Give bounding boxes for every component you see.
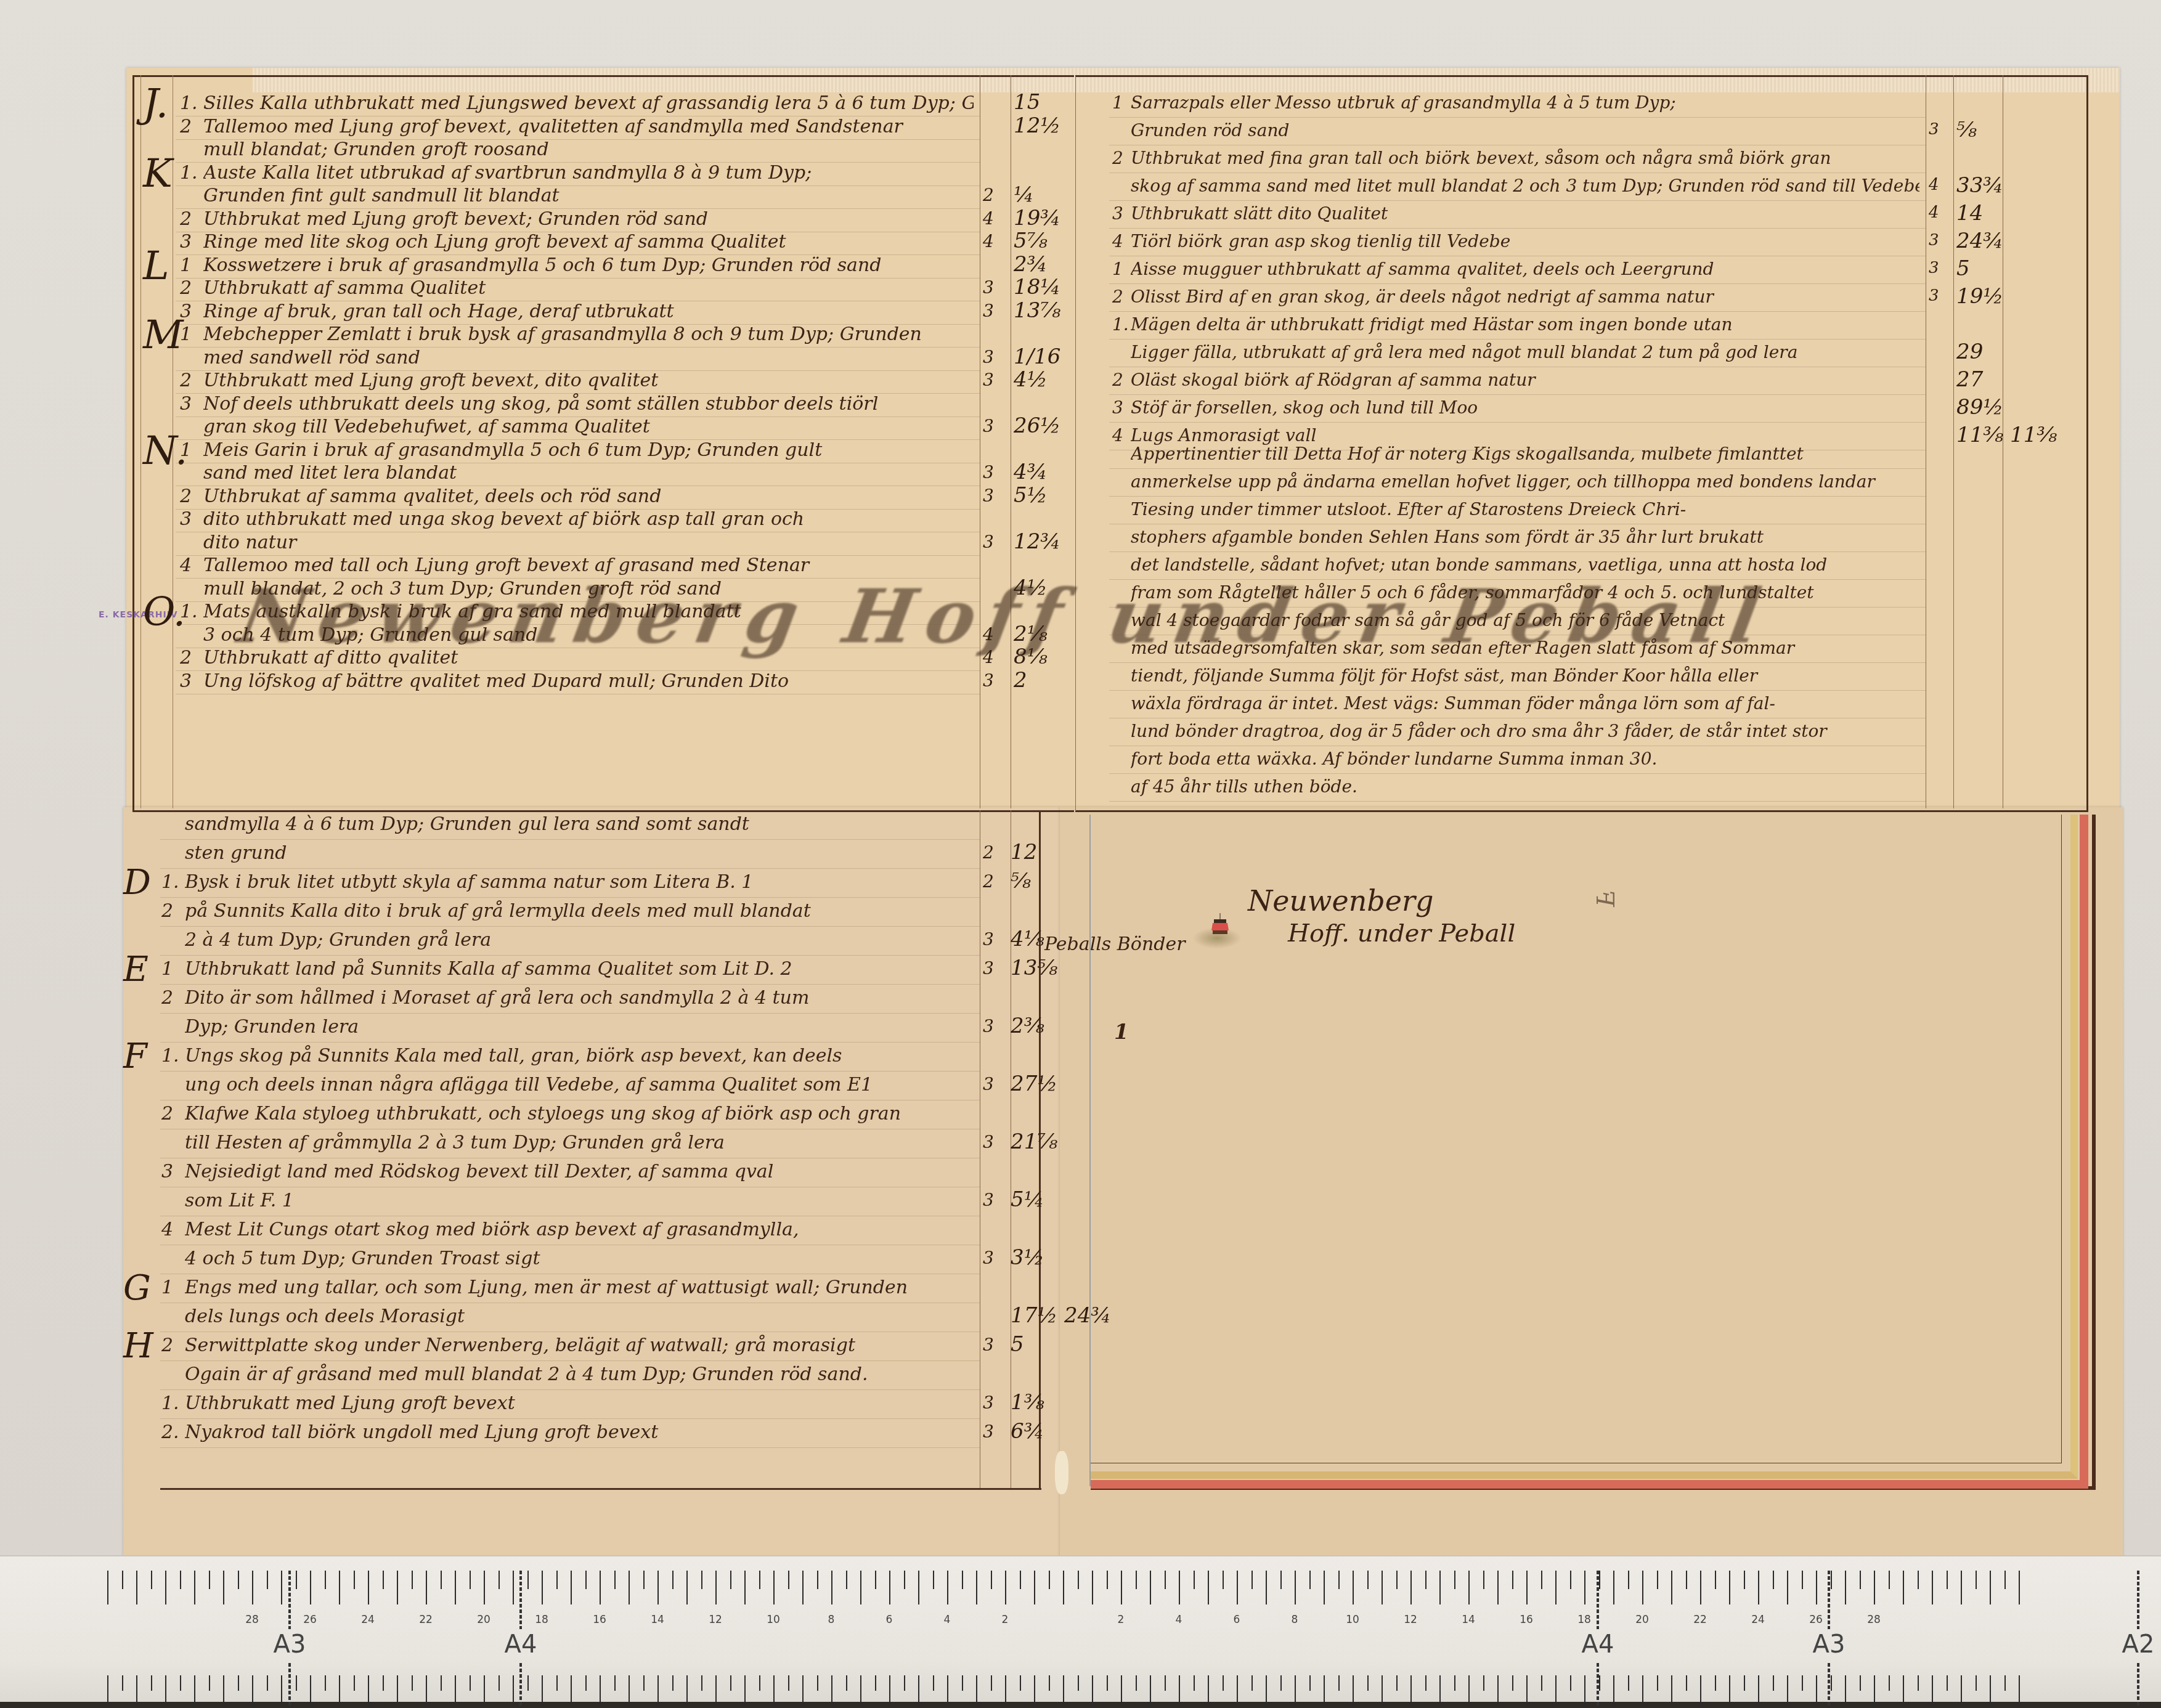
ruler-tick (1932, 1675, 1933, 1706)
ruler-tick (412, 1675, 413, 1691)
ruled-line (1109, 283, 1926, 284)
appurtenance-text-line: tiendt, följande Summa följt för Hofst s… (1131, 665, 1923, 686)
ruler-tick (802, 1571, 804, 1604)
ruler-tick (1541, 1675, 1542, 1691)
ruler-cm-label: 28 (1867, 1614, 1881, 1626)
row-description: Uthbrukatt med Ljung groft bevext, dito … (203, 370, 974, 391)
ruler-tick (686, 1571, 688, 1604)
row-description: Mest Lit Cungs otart skog med biörk asp … (185, 1219, 974, 1240)
ruler-tick (947, 1675, 948, 1706)
ruler-tick (1715, 1571, 1716, 1589)
scanner-edge (0, 1702, 2161, 1708)
paper-size-marker-line (1828, 1663, 1830, 1706)
ruled-line (160, 1418, 980, 1419)
ruler-tick (136, 1571, 137, 1604)
estate-name-label: Neuwenberg (1248, 884, 1433, 917)
ruler-tick (1845, 1675, 1846, 1706)
row-number: 2 (180, 208, 192, 230)
ruler-tick (1063, 1675, 1064, 1706)
section-letter: K (143, 151, 173, 197)
row-number: 2 (1112, 287, 1123, 307)
ruler-tick (1816, 1675, 1817, 1706)
row-description: Auste Kalla litet utbrukad af svartbrun … (203, 162, 974, 184)
row-number: 1. (161, 1045, 179, 1067)
ruler-cm-label: 28 (245, 1614, 259, 1626)
ruled-line (160, 839, 980, 840)
ruler-tick (831, 1571, 832, 1604)
appurtenance-text-line: fort boda etta wäxka. Af bönder lundarne… (1131, 749, 1923, 769)
paper-size-marker-line (288, 1571, 291, 1629)
row-description: 2 à 4 tum Dyp; Grunden grå lera (185, 929, 974, 951)
row-description: Mats austkalln bysk i bruk af gra sand m… (203, 601, 974, 622)
ruler-tick (571, 1675, 572, 1706)
row-area-value: 27 (1956, 367, 1983, 392)
ruler-tick (1223, 1675, 1224, 1691)
ruler-tick (1439, 1675, 1441, 1706)
appurtenance-text-line: fram som Rågtellet håller 5 och 6 fåder,… (1131, 582, 1923, 603)
ruler-tick (1816, 1571, 1817, 1604)
ruler-tick (1223, 1571, 1224, 1589)
ruler-cm-label: 26 (1809, 1614, 1823, 1626)
ruler-tick (904, 1675, 905, 1691)
ruler-tick (2004, 1571, 2006, 1589)
row-area-value: 14 (1956, 201, 1983, 226)
row-description: Uthbrukatt land på Sunnits Kalla af samm… (185, 958, 974, 980)
ruler-tick (209, 1571, 210, 1589)
appurtenance-text-line: af 45 åhr tills uthen böde. (1131, 776, 1923, 797)
appurtenance-text-line: med utsädegrsomfalten skar, som sedan ef… (1131, 638, 1923, 658)
ruler-tick (846, 1571, 847, 1589)
row-quality-class: 4 (983, 624, 994, 645)
ruler-tick (701, 1675, 702, 1691)
row-description: Grunden fint gult sandmull lit blandat (203, 185, 974, 206)
row-description: Ungs skog på Sunnits Kala med tall, gran… (185, 1045, 974, 1067)
ruler-cm-label: 10 (767, 1614, 780, 1626)
row-description: med sandwell röd sand (203, 347, 974, 368)
ruler-tick (513, 1675, 514, 1706)
ruler-tick (860, 1675, 861, 1706)
margin-rule (140, 75, 141, 808)
ruler-tick (701, 1571, 702, 1589)
ruler-tick (1092, 1675, 1093, 1706)
row-quality-class: 3 (983, 929, 994, 950)
ruler-cm-label: 14 (1462, 1614, 1475, 1626)
ruler-tick (889, 1675, 890, 1706)
ruler-tick (238, 1675, 239, 1691)
ruled-line (160, 1303, 980, 1303)
ruled-line (160, 1042, 980, 1043)
row-quality-class: 3 (983, 1016, 994, 1036)
row-number: 1 (161, 958, 173, 980)
row-number: 1. (180, 601, 198, 622)
ruler-tick (354, 1571, 355, 1589)
appurtenance-text-line: Tiesing under timmer utsloot. Efter af S… (1131, 499, 1923, 519)
ruler-tick (426, 1571, 427, 1604)
ruled-line (160, 868, 980, 869)
ruler-tick (1165, 1675, 1166, 1691)
column-rule (1926, 75, 1926, 808)
ruler-tick (1628, 1571, 1629, 1589)
ruled-line (1109, 394, 1926, 395)
ruler-tick (1439, 1571, 1441, 1604)
ruler-tick (1468, 1571, 1470, 1604)
ruler-tick (383, 1675, 384, 1691)
section-letter: E (123, 950, 149, 990)
ruler-tick (1874, 1571, 1875, 1604)
ruler-tick (122, 1675, 123, 1691)
row-number: 2 (180, 647, 192, 669)
ruler-tick (1208, 1571, 1209, 1604)
row-description: Ogain är af gråsand med mull blandat 2 à… (185, 1364, 974, 1385)
ruler-tick (962, 1571, 963, 1589)
row-number: 2 (161, 987, 173, 1009)
ruler-tick (1165, 1571, 1166, 1589)
ruler-tick (296, 1571, 297, 1589)
paper-size-label: A4 (505, 1630, 537, 1659)
ruler-tick (1700, 1675, 1701, 1706)
ruler-tick (368, 1571, 369, 1604)
ruler-tick (1208, 1675, 1209, 1706)
row-description: Bysk i bruk litet utbytt skyla af samma … (185, 871, 974, 893)
row-number: 2 (180, 486, 192, 507)
row-area-value: 26½ (1014, 413, 1060, 438)
ruler-tick (1976, 1675, 1977, 1691)
row-number: 3 (180, 670, 192, 692)
row-description: sandmylla 4 à 6 tum Dyp; Grunden gul ler… (185, 813, 974, 835)
row-number: 1 (180, 254, 192, 276)
row-description: Uthbrukatt slätt dito Qualitet (1131, 203, 1919, 224)
row-description: sand med litet lera blandat (203, 462, 974, 484)
row-description: Sarrazpals eller Messo utbruk af grasand… (1131, 92, 1919, 113)
ruler-tick (325, 1571, 326, 1589)
ruled-line (160, 1187, 980, 1187)
row-number: 2 (1112, 148, 1123, 168)
ruler-tick (1237, 1571, 1238, 1604)
paper-size-label: A3 (274, 1630, 306, 1659)
ruler-tick (1671, 1675, 1672, 1706)
ruler-cm-label: 8 (1292, 1614, 1298, 1626)
ruled-line (1109, 635, 1926, 635)
row-area-value: 21⅞ (1011, 1129, 1057, 1154)
ruler-tick (2019, 1675, 2020, 1706)
ruler-tick (180, 1571, 181, 1589)
ruled-line (1109, 173, 1926, 173)
ruled-line (160, 1389, 980, 1390)
ruler-tick (1483, 1675, 1484, 1691)
ruler-tick (1541, 1571, 1542, 1589)
ruler-tick (1353, 1571, 1354, 1604)
column-rule (1011, 75, 1011, 808)
ruled-line (160, 1013, 980, 1014)
ruler-tick (846, 1675, 847, 1691)
ruler-tick (1338, 1675, 1340, 1691)
row-description: Engs med ung tallar, och som Ljung, men … (185, 1277, 974, 1298)
row-description: dito uthbrukatt med unga skog bevext af … (203, 508, 974, 530)
boundary-label: Peballs Bönder (1044, 933, 1186, 955)
row-area-value: 17½ 24¾ (1011, 1303, 1111, 1328)
ruler-cm-label: 26 (303, 1614, 317, 1626)
ruler-tick (223, 1675, 224, 1706)
row-number: 1. (161, 871, 179, 893)
ruler-tick (1744, 1675, 1745, 1691)
section-letter: O. (143, 590, 185, 635)
row-description: dito natur (203, 532, 974, 553)
ruler-cm-label: 24 (361, 1614, 375, 1626)
ruler-tick (991, 1571, 992, 1589)
ruler-tick (1237, 1675, 1238, 1706)
ruler-tick (933, 1571, 934, 1589)
row-description: Kosswetzere i bruk af grasandmylla 5 och… (203, 254, 974, 276)
ruler-tick (1136, 1675, 1137, 1691)
ruler-tick (1194, 1675, 1195, 1691)
ruler-tick (1642, 1675, 1643, 1706)
ruler-tick (1657, 1675, 1658, 1691)
ruler-tick (238, 1571, 239, 1589)
ruler-tick (1686, 1675, 1687, 1691)
row-quality-class: 2 (983, 842, 994, 863)
ruler-cm-label: 20 (477, 1614, 490, 1626)
ruler-tick (875, 1571, 876, 1589)
ruler-tick (2004, 1675, 2006, 1691)
row-number: 2 (161, 1335, 173, 1356)
ruler-tick (773, 1675, 775, 1706)
ruler-tick (600, 1571, 601, 1604)
ruler-tick (1107, 1571, 1108, 1589)
row-description: dels lungs och deels Morasigt (185, 1306, 974, 1327)
row-description: Ringe med lite skog och Ljung groft beve… (203, 231, 974, 253)
ruler-tick (1961, 1571, 1962, 1604)
ruled-line (1109, 773, 1926, 774)
section-letter: F (123, 1036, 147, 1076)
ruler-tick (281, 1675, 282, 1706)
ruler-tick (223, 1571, 224, 1604)
ruler-tick (1034, 1571, 1035, 1604)
row-description: sten grund (185, 842, 974, 864)
ruler-cm-label: 16 (593, 1614, 606, 1626)
row-area-value: 4½ (1014, 575, 1048, 600)
ruled-line (1109, 311, 1926, 312)
ruler-cm-label: 10 (1346, 1614, 1359, 1626)
ruler-tick (1295, 1571, 1296, 1604)
row-area-value: 1/16 (1014, 344, 1060, 369)
map-frame-inner (1091, 815, 2062, 1463)
ruler-tick (1961, 1675, 1962, 1706)
row-description: Uthbrukatt af ditto qvalitet (203, 647, 974, 669)
ruler-tick (657, 1571, 659, 1604)
ruled-line (160, 984, 980, 985)
ruled-line (1109, 367, 1926, 367)
ruler-tick (194, 1571, 195, 1604)
ruler-tick (556, 1571, 558, 1589)
ruler-tick (933, 1675, 934, 1691)
paper-size-marker-line (288, 1663, 291, 1706)
ruler-tick (1266, 1571, 1267, 1604)
ruler-tick (860, 1571, 861, 1604)
ruler-tick (1526, 1571, 1528, 1604)
row-description: 3 och 4 tum Dyp; Grunden gul sand (203, 624, 974, 646)
ruler-tick (715, 1571, 717, 1604)
row-number: 2 (180, 370, 192, 391)
row-area-value: 1⅜ (1011, 1390, 1044, 1415)
ruler-tick (1729, 1675, 1730, 1706)
row-description: Serwittplatte skog under Nerwenberg, bel… (185, 1335, 974, 1356)
row-quality-class: 3 (983, 670, 994, 691)
row-area-value: 5½ (1014, 483, 1048, 508)
ruler-tick (1976, 1571, 1977, 1589)
ruled-line (1109, 117, 1926, 118)
column-rule (980, 75, 980, 808)
ruler-tick (1092, 1571, 1093, 1604)
row-area-value: 33¾ (1956, 173, 2003, 198)
ruler-tick (1642, 1571, 1643, 1604)
ruler-tick (1990, 1571, 1991, 1604)
ruler-tick (441, 1571, 442, 1589)
paper-size-marker-line (519, 1571, 522, 1629)
ruler-tick (1918, 1675, 1919, 1691)
ruler-tick (1367, 1571, 1369, 1589)
ruled-line (1109, 801, 1926, 802)
ruled-line (160, 1071, 980, 1072)
row-number: 1 (180, 439, 192, 461)
appurtenance-text-line: wal 4 stoegaardar fodrar sam så går god … (1131, 610, 1923, 630)
row-number: 3 (1112, 203, 1123, 224)
ruled-line (1109, 690, 1926, 691)
ruler-tick (1078, 1571, 1079, 1589)
row-quality-class: 3 (983, 1421, 994, 1442)
row-number: 2 (161, 1103, 173, 1124)
row-area-value: 15 (1014, 90, 1040, 115)
ruler-tick (1150, 1571, 1151, 1604)
ruled-line (1109, 746, 1926, 746)
ruler-cm-label: 4 (944, 1614, 951, 1626)
ruler-tick (1280, 1675, 1282, 1691)
ruler-tick (1613, 1675, 1614, 1706)
ruler-tick (1555, 1571, 1557, 1604)
row-number: 3 (161, 1161, 173, 1182)
ruled-line (1109, 468, 1926, 469)
ruler-tick (1136, 1571, 1137, 1589)
row-area-value: 13⅞ (1014, 298, 1060, 323)
row-number: 2 (180, 277, 192, 299)
ruler-tick (614, 1675, 616, 1691)
ruler-tick (122, 1571, 123, 1589)
ruled-line (160, 955, 980, 956)
ruled-line (160, 926, 980, 927)
ruler-tick (1787, 1675, 1788, 1706)
ruler-tick (1150, 1675, 1151, 1706)
ruler-tick (1773, 1675, 1774, 1691)
ruler-tick (209, 1675, 210, 1691)
row-area-value: 2¾ (1014, 252, 1048, 277)
row-quality-class: 3 (983, 1393, 994, 1413)
ruler-tick (1020, 1571, 1021, 1589)
row-number: 4 (161, 1219, 173, 1240)
section-letter: J. (143, 81, 168, 127)
ruler-tick (817, 1571, 818, 1589)
ruler-tick (180, 1675, 181, 1691)
ruler-tick (368, 1675, 369, 1706)
row-area-value: 89½ (1956, 395, 2003, 420)
row-number: 4 (180, 555, 192, 576)
ruler-tick (643, 1675, 645, 1691)
ruler-tick (383, 1571, 384, 1589)
row-number: 3 (180, 393, 192, 415)
row-area-value: 5⅞ (1014, 229, 1048, 253)
row-description: Grunden röd sand (1131, 120, 1919, 140)
ruler-tick (1425, 1571, 1426, 1589)
row-description: Ligger fälla, utbrukatt af grå lera med … (1131, 342, 1919, 362)
ruler-tick (281, 1571, 282, 1604)
row-description: Klafwe Kala styloeg uthbrukatt, och styl… (185, 1103, 974, 1124)
row-area-value: 4½ (1014, 367, 1048, 392)
paper-size-label: A4 (1582, 1630, 1614, 1659)
row-number: 2 (180, 116, 192, 137)
ruler-cm-label: 2 (1002, 1614, 1009, 1626)
ruler-tick (889, 1571, 890, 1604)
ruler-tick (1005, 1571, 1006, 1604)
ruler-tick (976, 1571, 977, 1604)
row-description: Uthbrukatt af samma Qualitet (203, 277, 974, 299)
ruler-tick (325, 1675, 326, 1691)
ruler-tick (397, 1571, 398, 1604)
ruler-tick (875, 1675, 876, 1691)
ruler-tick (499, 1571, 500, 1589)
row-area-value: 13⅝ (1011, 956, 1057, 980)
ruled-line (160, 1274, 980, 1274)
row-quality-class: 3 (983, 1190, 994, 1210)
ruler-tick (339, 1675, 340, 1706)
row-area-value: ⅝ (1956, 118, 1977, 142)
ruler-tick (585, 1675, 587, 1691)
ruler-tick (1078, 1675, 1079, 1691)
ruler-tick (1570, 1571, 1571, 1589)
ruled-line (1109, 422, 1926, 423)
row-description: Dyp; Grunden lera (185, 1016, 974, 1038)
ruler-tick (165, 1571, 166, 1604)
appurtenance-text-line: anmerkelse upp på ändarna emellan hofvet… (1131, 471, 1923, 492)
row-description: som Lit F. 1 (185, 1190, 974, 1211)
ruler-tick (310, 1675, 311, 1706)
ruler-tick (962, 1675, 963, 1691)
row-description: Uthbrukat med Ljung groft bevext; Grunde… (203, 208, 974, 230)
ruler-tick (1555, 1675, 1557, 1706)
ruler-cm-label: 6 (886, 1614, 893, 1626)
ruler-tick (354, 1675, 355, 1691)
ruler-tick (426, 1675, 427, 1706)
ruler-tick (831, 1675, 832, 1706)
ruler-tick (1382, 1571, 1383, 1604)
ruler-tick (1367, 1675, 1369, 1691)
row-area-value: 2⅛ (1014, 622, 1048, 646)
appurtenance-text-line: wäxla fördraga är intet. Mest vägs: Summ… (1131, 693, 1923, 714)
ruler-tick (643, 1571, 645, 1589)
row-description: Lugs Anmorasigt vall (1131, 425, 1919, 445)
row-number: 4 (1112, 231, 1123, 251)
row-description: Meis Garin i bruk af grasandmylla 5 och … (203, 439, 974, 461)
ruler-tick (542, 1571, 543, 1604)
ruler-tick (730, 1675, 731, 1691)
ruler-tick (1497, 1675, 1499, 1706)
ruled-line (160, 1158, 980, 1158)
ruled-line (176, 694, 980, 694)
ruler-tick (1063, 1571, 1064, 1604)
ruler-tick (1584, 1571, 1585, 1604)
paper-size-label: A3 (1813, 1630, 1846, 1659)
ruled-line (160, 1360, 980, 1361)
row-description: Olisst Bird af en gran skog, är deels nå… (1131, 287, 1919, 307)
ruler-tick (1324, 1675, 1325, 1706)
ruler-cm-label: 8 (828, 1614, 835, 1626)
